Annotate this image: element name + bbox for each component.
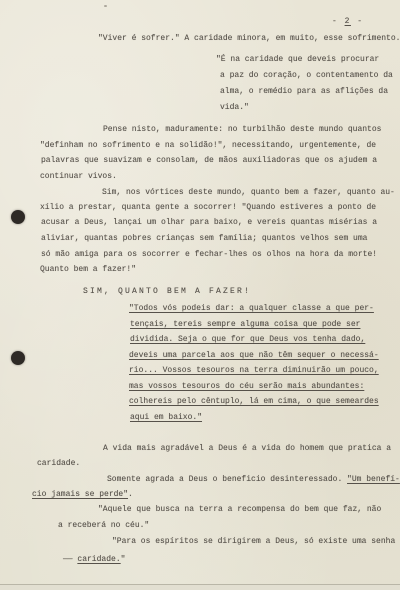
quote-line: a paz do coração, o contentamento da [220,71,393,81]
body-line: —— caridade." [63,555,125,565]
quote-line-underlined: aqui em baixo." [130,413,202,423]
body-line: palavras que suavizam e consolam, de mão… [41,156,377,166]
quote-line-underlined: mas vossos tesouros do céu serão mais ab… [129,382,364,392]
body-line: acusar a Deus, lançai um olhar para baix… [41,218,377,228]
page-number-post: - [351,17,364,26]
underlined-text: caridade. [77,555,120,564]
body-line: "definham no sofrimento e na solidão!", … [40,141,376,151]
quote-line-underlined: rio... Vossos tesouros na terra diminuir… [129,366,379,376]
body-text: . [128,490,133,499]
body-text: Somente agrada a Deus o beneficio desint… [107,475,347,484]
quote-line: "É na caridade que deveis procurar [216,55,379,65]
quote-line: vida." [220,103,249,113]
body-line: cio jamais se perde". [32,490,133,500]
page-number-pre: - [332,17,345,26]
quote-line-underlined: tençais, tereis sempre alguma coisa que … [130,320,360,330]
body-line: Quanto bem a fazer!" [40,265,136,275]
body-line: xílio a prestar, quanta gente a socorrer… [40,203,376,213]
paper-speck [104,5,107,7]
body-text: " [121,555,126,564]
body-line: A vida mais agradável a Deus é a vida do… [103,444,391,454]
section-heading: SIM, QUANTO BEM A FAZER! [83,287,251,297]
hole-punch-icon [11,210,25,224]
quote-line-underlined: deveis uma parcela aos que não têm seque… [129,351,379,361]
page-below-edge [0,585,400,590]
hole-punch-icon [11,351,25,365]
body-line: Sim, nos vórtices deste mundo, quanto be… [102,188,395,198]
document-page: - 2 - "Viver é sofrer." A caridade minor… [0,0,400,590]
body-line: a receberá no céu." [58,521,149,531]
body-line: "Aquele que busca na terra a recompensa … [98,505,381,515]
body-text: —— [63,555,77,564]
quote-line-underlined: colhereis pelo cêntuplo, lá em cima, o q… [129,397,379,407]
underlined-text: cio jamais se perde" [32,490,128,499]
body-line: caridade. [37,459,80,469]
body-line: Pense nisto, maduramente: no turbilhão d… [103,125,381,135]
body-line: "Para os espíritos se dirigirem a Deus, … [112,537,395,547]
body-line: só mão amiga para os socorrer e fechar-l… [41,250,377,260]
page-number: - 2 - [332,17,364,27]
body-line: Somente agrada a Deus o beneficio desint… [107,475,400,485]
body-line: continuar vivos. [40,172,117,182]
body-line: "Viver é sofrer." A caridade minora, em … [98,34,400,44]
underlined-text: "Um benefí- [347,475,400,484]
quote-line-underlined: dividida. Seja o que for que Deus vos te… [130,335,365,345]
quote-line-underlined: "Todos vós podeis dar: a qualquer classe… [129,304,374,314]
quote-line: alma, o remédio para as aflições da [220,87,388,97]
body-line: aliviar, quantas pobres crianças sem fam… [41,234,367,244]
